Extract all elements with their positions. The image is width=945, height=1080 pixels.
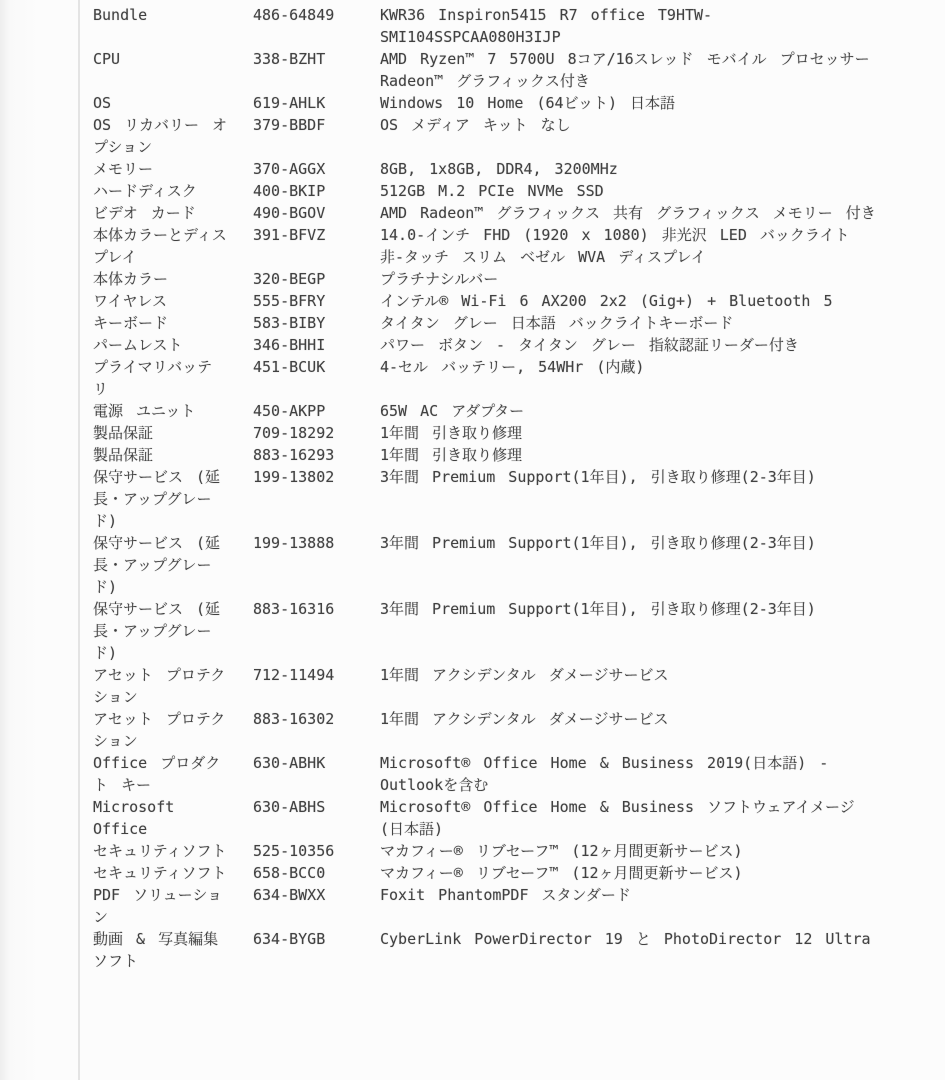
- spec-table: Bundle 486-64849 KWR36 Inspiron5415 R7 o…: [93, 4, 885, 972]
- spec-item-description: Microsoft® Office Home & Business 2019(日…: [380, 752, 885, 796]
- spec-row: アセット プロテクション 712-11494 1年間 アクシデンタル ダメージサ…: [93, 664, 885, 708]
- spec-row: ハードディスク 400-BKIP 512GB M.2 PCIe NVMe SSD: [93, 180, 885, 202]
- spec-row: 保守サービス (延長・アップグレード) 883-16316 3年間 Premiu…: [93, 598, 885, 664]
- spec-item-name: PDF ソリューション: [93, 884, 253, 928]
- spec-item-description: 3年間 Premium Support(1年目), 引き取り修理(2-3年目): [380, 532, 885, 598]
- spec-sheet: Bundle 486-64849 KWR36 Inspiron5415 R7 o…: [0, 0, 945, 1080]
- spec-item-code: 883-16316: [253, 598, 380, 664]
- spec-row: 保守サービス (延長・アップグレード) 199-13888 3年間 Premiu…: [93, 532, 885, 598]
- spec-row: Bundle 486-64849 KWR36 Inspiron5415 R7 o…: [93, 4, 885, 48]
- spec-item-description: AMD Radeon™ グラフィックス 共有 グラフィックス メモリー 付き: [380, 202, 885, 224]
- spec-item-name: 保守サービス (延長・アップグレード): [93, 598, 253, 664]
- spec-row: ワイヤレス 555-BFRY インテル® Wi-Fi 6 AX200 2x2 (…: [93, 290, 885, 312]
- spec-item-description: 1年間 引き取り修理: [380, 444, 885, 466]
- spec-row: Microsoft Office 630-ABHS Microsoft® Off…: [93, 796, 885, 840]
- spec-item-code: 883-16302: [253, 708, 380, 752]
- spec-row: 本体カラー 320-BEGP プラチナシルバー: [93, 268, 885, 290]
- spec-item-name: Office プロダクト キー: [93, 752, 253, 796]
- spec-item-name: OS: [93, 92, 253, 114]
- spec-row: プライマリバッテリ 451-BCUK 4-セル バッテリー, 54WHr (内蔵…: [93, 356, 885, 400]
- spec-item-name: 動画 & 写真編集ソフト: [93, 928, 253, 972]
- spec-item-name: Bundle: [93, 4, 253, 48]
- spec-item-description: インテル® Wi-Fi 6 AX200 2x2 (Gig+) + Bluetoo…: [380, 290, 885, 312]
- spec-item-code: 391-BFVZ: [253, 224, 380, 268]
- spec-item-code: 490-BGOV: [253, 202, 380, 224]
- spec-row: キーボード 583-BIBY タイタン グレー 日本語 バックライトキーボード: [93, 312, 885, 334]
- spec-item-description: 4-セル バッテリー, 54WHr (内蔵): [380, 356, 885, 400]
- spec-item-code: 555-BFRY: [253, 290, 380, 312]
- spec-row: PDF ソリューション 634-BWXX Foxit PhantomPDF スタ…: [93, 884, 885, 928]
- spec-item-name: OS リカバリー オプション: [93, 114, 253, 158]
- spec-item-description: 1年間 引き取り修理: [380, 422, 885, 444]
- spec-item-description: 3年間 Premium Support(1年目), 引き取り修理(2-3年目): [380, 598, 885, 664]
- spec-item-name: Microsoft Office: [93, 796, 253, 840]
- spec-row: 保守サービス (延長・アップグレード) 199-13802 3年間 Premiu…: [93, 466, 885, 532]
- spec-item-description: OS メディア キット なし: [380, 114, 885, 158]
- spec-item-code: 450-AKPP: [253, 400, 380, 422]
- spec-item-description: 3年間 Premium Support(1年目), 引き取り修理(2-3年目): [380, 466, 885, 532]
- spec-item-name: パームレスト: [93, 334, 253, 356]
- spec-item-name: アセット プロテクション: [93, 664, 253, 708]
- spec-item-description: Foxit PhantomPDF スタンダード: [380, 884, 885, 928]
- spec-row: 動画 & 写真編集ソフト 634-BYGB CyberLink PowerDir…: [93, 928, 885, 972]
- spec-item-code: 199-13802: [253, 466, 380, 532]
- spec-item-code: 630-ABHK: [253, 752, 380, 796]
- spec-item-code: 583-BIBY: [253, 312, 380, 334]
- spec-item-code: 320-BEGP: [253, 268, 380, 290]
- spec-item-name: プライマリバッテリ: [93, 356, 253, 400]
- spec-row: 電源 ユニット 450-AKPP 65W AC アダプター: [93, 400, 885, 422]
- spec-item-description: Windows 10 Home (64ビット) 日本語: [380, 92, 885, 114]
- spec-row: 本体カラーとディスプレイ 391-BFVZ 14.0-インチ FHD (1920…: [93, 224, 885, 268]
- spec-item-name: 本体カラー: [93, 268, 253, 290]
- spec-item-description: 512GB M.2 PCIe NVMe SSD: [380, 180, 885, 202]
- spec-row: セキュリティソフト 525-10356 マカフィー® リブセーフ™ (12ヶ月間…: [93, 840, 885, 862]
- spec-item-description: 14.0-インチ FHD (1920 x 1080) 非光沢 LED バックライ…: [380, 224, 885, 268]
- spec-row: 製品保証 883-16293 1年間 引き取り修理: [93, 444, 885, 466]
- spec-item-code: 346-BHHI: [253, 334, 380, 356]
- spec-row: CPU 338-BZHT AMD Ryzen™ 7 5700U 8コア/16スレ…: [93, 48, 885, 92]
- spec-row: OS 619-AHLK Windows 10 Home (64ビット) 日本語: [93, 92, 885, 114]
- spec-item-description: 1年間 アクシデンタル ダメージサービス: [380, 664, 885, 708]
- spec-item-code: 486-64849: [253, 4, 380, 48]
- spec-item-code: 709-18292: [253, 422, 380, 444]
- spec-item-name: セキュリティソフト: [93, 862, 253, 884]
- spec-row: パームレスト 346-BHHI パワー ボタン - タイタン グレー 指紋認証リ…: [93, 334, 885, 356]
- spec-item-name: 製品保証: [93, 444, 253, 466]
- spec-item-name: キーボード: [93, 312, 253, 334]
- spec-item-description: 8GB, 1x8GB, DDR4, 3200MHz: [380, 158, 885, 180]
- spec-item-description: マカフィー® リブセーフ™ (12ヶ月間更新サービス): [380, 862, 885, 884]
- spec-item-code: 338-BZHT: [253, 48, 380, 92]
- spec-item-description: 1年間 アクシデンタル ダメージサービス: [380, 708, 885, 752]
- spec-item-name: ビデオ カード: [93, 202, 253, 224]
- spec-item-name: 製品保証: [93, 422, 253, 444]
- spec-item-name: ハードディスク: [93, 180, 253, 202]
- spec-item-name: 電源 ユニット: [93, 400, 253, 422]
- spec-item-description: AMD Ryzen™ 7 5700U 8コア/16スレッド モバイル プロセッサ…: [380, 48, 885, 92]
- spec-item-description: マカフィー® リブセーフ™ (12ヶ月間更新サービス): [380, 840, 885, 862]
- spec-item-description: 65W AC アダプター: [380, 400, 885, 422]
- spec-item-code: 658-BCC0: [253, 862, 380, 884]
- spec-item-description: パワー ボタン - タイタン グレー 指紋認証リーダー付き: [380, 334, 885, 356]
- spec-row: メモリー 370-AGGX 8GB, 1x8GB, DDR4, 3200MHz: [93, 158, 885, 180]
- spec-item-description: プラチナシルバー: [380, 268, 885, 290]
- spec-item-name: ワイヤレス: [93, 290, 253, 312]
- spec-row: セキュリティソフト 658-BCC0 マカフィー® リブセーフ™ (12ヶ月間更…: [93, 862, 885, 884]
- spec-item-name: アセット プロテクション: [93, 708, 253, 752]
- spec-item-name: メモリー: [93, 158, 253, 180]
- spec-item-code: 199-13888: [253, 532, 380, 598]
- spec-item-code: 400-BKIP: [253, 180, 380, 202]
- spec-item-code: 634-BWXX: [253, 884, 380, 928]
- page-left-edge: [0, 0, 80, 1080]
- spec-item-description: CyberLink PowerDirector 19 と PhotoDirect…: [380, 928, 885, 972]
- spec-item-description: Microsoft® Office Home & Business ソフトウェア…: [380, 796, 885, 840]
- spec-row: ビデオ カード 490-BGOV AMD Radeon™ グラフィックス 共有 …: [93, 202, 885, 224]
- spec-item-name: 本体カラーとディスプレイ: [93, 224, 253, 268]
- spec-item-description: タイタン グレー 日本語 バックライトキーボード: [380, 312, 885, 334]
- spec-item-code: 712-11494: [253, 664, 380, 708]
- spec-item-code: 379-BBDF: [253, 114, 380, 158]
- spec-item-name: CPU: [93, 48, 253, 92]
- spec-item-description: KWR36 Inspiron5415 R7 office T9HTW-SMI10…: [380, 4, 885, 48]
- spec-item-name: 保守サービス (延長・アップグレード): [93, 532, 253, 598]
- spec-item-code: 525-10356: [253, 840, 380, 862]
- spec-row: 製品保証 709-18292 1年間 引き取り修理: [93, 422, 885, 444]
- spec-item-code: 883-16293: [253, 444, 380, 466]
- spec-item-code: 634-BYGB: [253, 928, 380, 972]
- spec-table-body: Bundle 486-64849 KWR36 Inspiron5415 R7 o…: [93, 4, 885, 972]
- spec-row: アセット プロテクション 883-16302 1年間 アクシデンタル ダメージサ…: [93, 708, 885, 752]
- spec-item-code: 451-BCUK: [253, 356, 380, 400]
- spec-row: OS リカバリー オプション 379-BBDF OS メディア キット なし: [93, 114, 885, 158]
- spec-item-name: セキュリティソフト: [93, 840, 253, 862]
- spec-item-code: 630-ABHS: [253, 796, 380, 840]
- spec-item-code: 370-AGGX: [253, 158, 380, 180]
- spec-item-name: 保守サービス (延長・アップグレード): [93, 466, 253, 532]
- spec-row: Office プロダクト キー 630-ABHK Microsoft® Offi…: [93, 752, 885, 796]
- spec-item-code: 619-AHLK: [253, 92, 380, 114]
